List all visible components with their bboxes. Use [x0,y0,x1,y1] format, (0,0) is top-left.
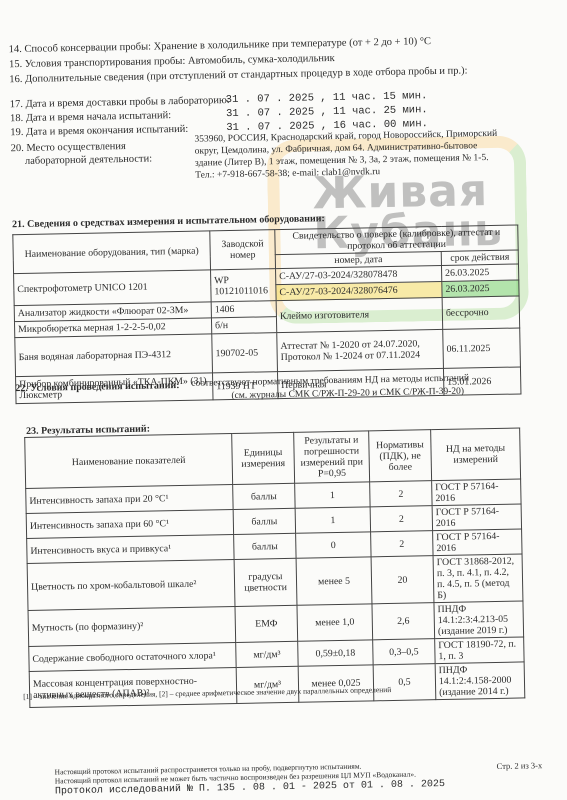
equipment-validity: 06.11.2025 [443,328,521,368]
indicator-name: Цветность по хром-кобальтовой шкале² [27,559,235,610]
equipment-name: Баня водяная лабораторная ПЭ-4312 [15,334,213,377]
indicator-norm: 0,3–0,5 [373,639,435,665]
indicator-norm: 20 [371,556,434,604]
lab-address: 353960, РОССИЯ, Краснодарский край, горо… [194,128,498,182]
indicator-result: менее 5 [296,557,372,605]
indicator-result: 1 [295,507,370,533]
indicator-norm: 2,6 [372,603,435,640]
item-17-value: 31 . 07 . 2025 , 11 час. 15 мин. [226,90,428,106]
equipment-validity: бессрочно [442,296,520,329]
item-18-value: 31 . 07 . 2025 , 11 час. 25 мин. [226,104,428,120]
indicator-result: 1 [295,482,370,508]
item-14: 14. Способ консервации пробы: Хранение в… [9,35,431,56]
results-table: Наименование показателей Единицы измерен… [24,427,525,707]
item-17-label: 17. Дата и время доставки пробы в лабора… [10,95,230,110]
item-19-label: 19. Дата и время окончания испытаний: [10,124,188,138]
equipment-serial: WP 10121011016 [211,269,277,302]
indicator-result: менее 0,025 [298,665,374,702]
equipment-serial: б/н [211,317,276,334]
indicator-unit: градусы цветности [234,558,297,606]
indicator-unit: ЕМФ [235,605,298,642]
item-18-label: 18. Дата и время начала испытаний: [10,110,171,124]
indicator-unit: баллы [234,533,296,559]
item-17: 17. Дата и время доставки пробы в лабора… [10,94,230,111]
equipment-cert: Клеймо изготовителя [276,297,443,332]
indicator-method: ПНДФ 14.1:2:3:4.213-05 (издание 2019 г.) [434,601,524,639]
col-header-result: Результаты и погрешности измерений при Р… [294,431,370,483]
item-14-value: Хранение в холодильнике при температуре … [154,36,432,52]
equipment-name: Спектрофотометр UNICO 1201 [14,270,212,306]
indicator-norm: 2 [371,531,433,557]
equipment-cert: Аттестат № 1-2020 от 24.07.2020, Протоко… [277,329,444,371]
indicator-method: ГОСТ 18190-72, п. 1, п. 3 [435,637,524,664]
indicator-method: ГОСТ Р 57164-2016 [432,479,521,506]
col-header-serial: Заводской номер [210,230,276,270]
indicator-unit: баллы [233,508,295,534]
col-header-name: Наименование оборудования, тип (марка) [13,231,211,274]
indicator-method: ГОСТ 31868-2012, п. 3, п. 4.1, п. 4.2, п… [433,554,523,603]
indicator-method: ГОСТ Р 57164-2016 [432,504,521,531]
indicator-result: 0 [296,532,371,558]
equipment-validity: 26.03.2025 [441,264,518,281]
indicator-name: Массовая концентрация поверхностно-актив… [29,667,237,707]
page-number: Стр. 2 из 3-х [497,760,543,771]
item-14-label: 14. Способ консервации пробы: [9,41,151,55]
indicator-unit: мг/дм³ [236,641,298,667]
indicator-method: ПНДФ 14.1:2:4.158-2000 (издание 2014 г.) [435,662,525,700]
equipment-validity-highlighted: 26.03.2025 [442,280,519,297]
col-header-method: НД на методы измерений [431,428,521,481]
indicator-norm: 2 [370,506,432,532]
equipment-serial: 1406 [211,301,276,318]
indicator-result: 0,59±0,18 [298,640,373,666]
col-header-norm: Нормативы (ПДК), не более [369,430,432,482]
document-page: Живая Кубань 14. Способ консервации проб… [0,0,567,800]
item-20-label-cont: лабораторной деятельности: [25,152,152,167]
indicator-unit: баллы [233,483,295,509]
indicator-norm: 0,5 [373,664,436,701]
indicator-result: менее 1,0 [297,604,373,641]
indicator-method: ГОСТ Р 57164-2016 [433,529,522,556]
item-15-label: 15. Условия транспортирования пробы: [9,56,185,70]
col-header-indicator: Наименование показателей [25,434,233,489]
indicator-name: Мутность (по формазину)² [28,606,236,646]
indicator-unit: мг/дм³ [236,666,299,703]
item-19: 19. Дата и время окончания испытаний: [10,123,188,139]
col-header-unit: Единицы измерения [232,432,295,484]
equipment-serial: 190702-05 [212,333,278,373]
item-15-value: Автомобиль, сумка-холодильник [188,53,335,67]
col-header-validity: срок действия [441,250,518,265]
indicator-norm: 2 [370,481,432,507]
